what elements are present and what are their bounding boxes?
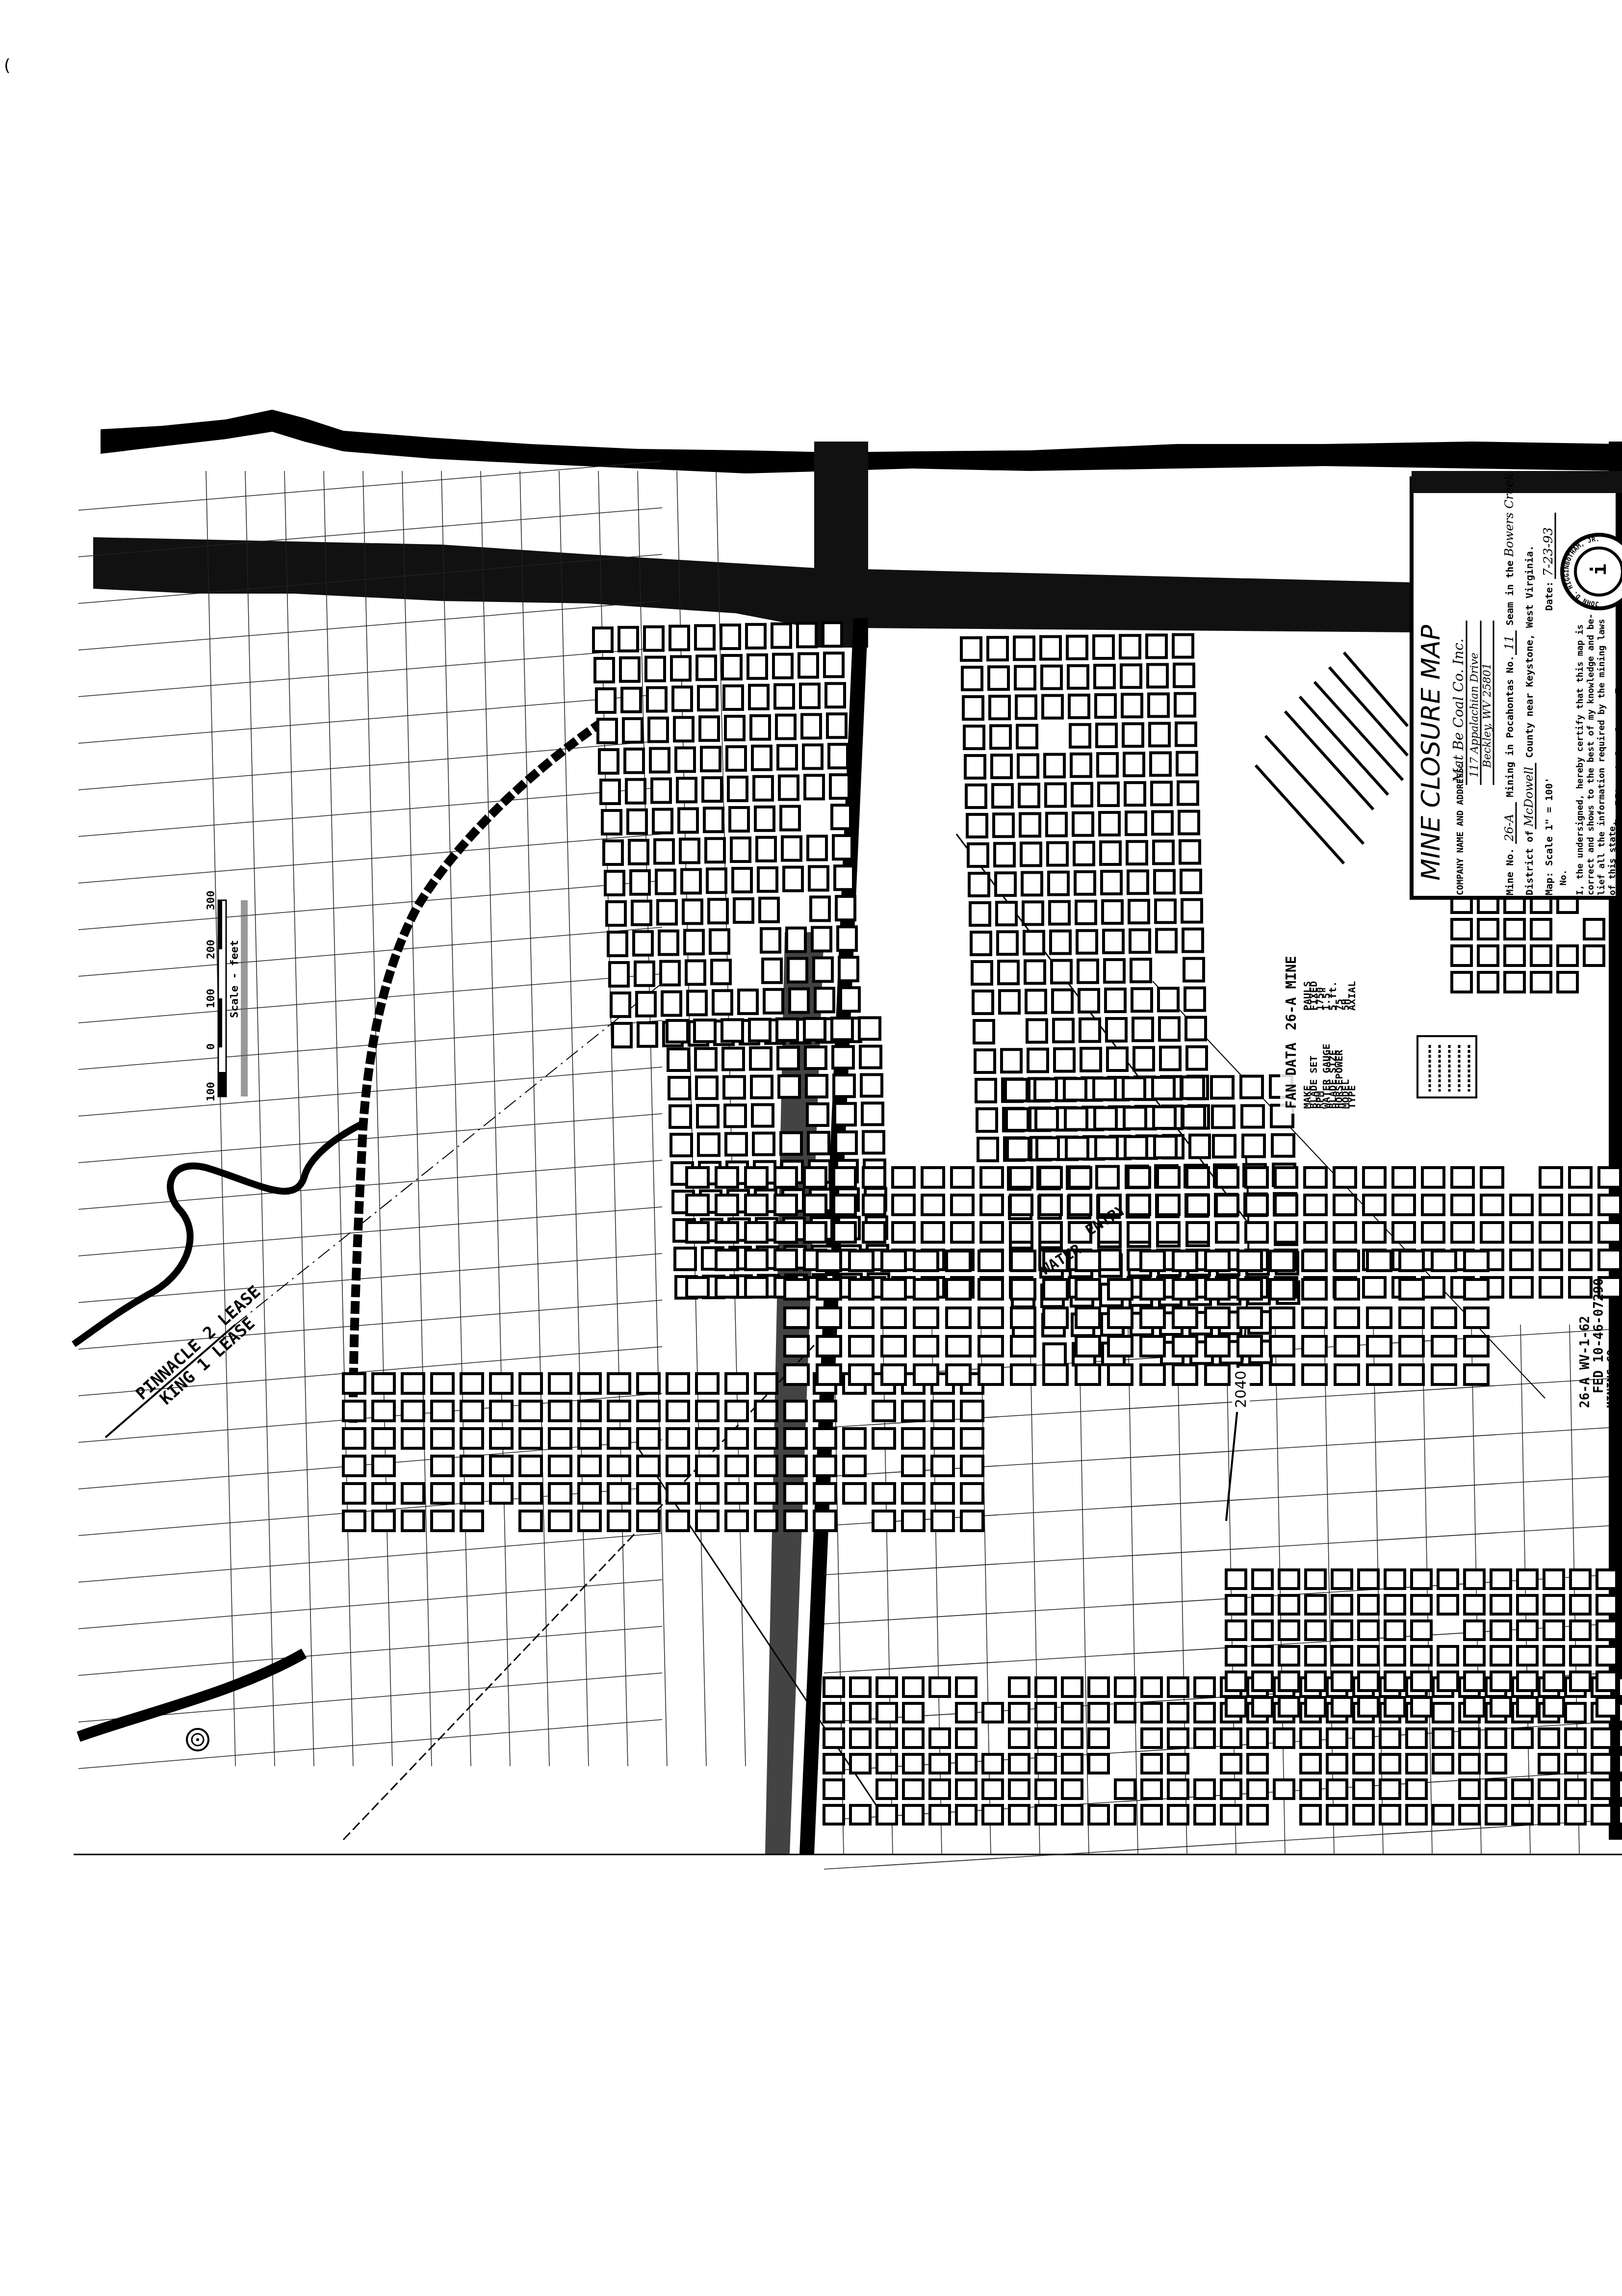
coal-pillar: [873, 1401, 895, 1421]
coal-pillar: [1531, 946, 1551, 965]
coal-pillar: [844, 1429, 865, 1448]
coal-pillar: [1062, 1729, 1082, 1748]
coal-pillar: [914, 1279, 938, 1299]
permit-line-2: FED 10-46-07290: [1592, 1278, 1606, 1393]
coal-pillar: [760, 898, 778, 922]
coal-pillar: [343, 1401, 365, 1421]
coal-pillar: [1335, 1279, 1359, 1299]
coal-pillar: [596, 689, 615, 712]
coal-pillar: [903, 1703, 923, 1722]
coal-pillar: [790, 989, 808, 1013]
coal-pillar: [653, 809, 672, 833]
coal-pillar: [979, 1279, 1003, 1299]
coal-pillar: [1539, 1805, 1559, 1824]
coal-pillar: [579, 1456, 600, 1476]
coal-pillar: [674, 717, 693, 741]
coal-pillar: [1599, 1223, 1621, 1242]
coal-pillar: [343, 1429, 365, 1448]
coal-pillar: [1108, 1336, 1132, 1356]
coal-pillar: [638, 1429, 659, 1448]
coal-pillar: [1478, 972, 1498, 992]
coal-pillar: [978, 1138, 998, 1161]
coal-pillar: [882, 1336, 905, 1356]
coal-pillar: [1127, 841, 1147, 864]
coal-pillar: [1531, 972, 1551, 992]
permit-line-3: MINING CO.: [1605, 1343, 1618, 1408]
coal-pillar: [798, 623, 816, 647]
coal-pillar: [1359, 1595, 1378, 1614]
coal-pillar: [882, 1365, 905, 1384]
coal-pillar: [824, 1703, 844, 1722]
coal-pillar: [1044, 1344, 1065, 1365]
coal-pillar: [1094, 636, 1113, 658]
coal-pillar: [823, 623, 842, 646]
coal-pillar: [850, 1729, 870, 1748]
coal-pillar: [1076, 1365, 1100, 1384]
coal-pillar: [602, 810, 621, 834]
coal-pillar: [1000, 991, 1019, 1013]
coal-pillar: [804, 1168, 826, 1187]
coal-pillar: [723, 1048, 744, 1070]
coal-pillar: [652, 779, 670, 803]
coal-pillar: [1216, 1168, 1238, 1187]
coal-pillar: [1128, 1168, 1150, 1187]
coal-pillar: [1511, 1250, 1532, 1270]
coal-pillar: [1216, 1223, 1238, 1242]
coal-pillar: [1011, 1251, 1035, 1271]
coal-pillar: [1124, 753, 1144, 776]
coal-pillar: [650, 749, 669, 772]
coal-pillar: [622, 688, 641, 712]
coal-pillar: [1400, 1279, 1423, 1299]
coal-pillar: [902, 1484, 924, 1503]
coal-pillar: [549, 1511, 571, 1531]
coal-pillar: [1021, 843, 1041, 865]
coal-pillar: [1158, 1223, 1179, 1242]
coal-pillar: [1407, 1729, 1426, 1748]
seam-area: Bowers Creek: [1502, 473, 1516, 557]
coal-pillar: [1221, 1729, 1241, 1748]
coal-pillar: [703, 778, 721, 801]
coal-pillar: [637, 992, 655, 1016]
coal-pillar: [749, 685, 768, 709]
coal-pillar: [1024, 931, 1044, 954]
coal-pillar: [1327, 1780, 1347, 1799]
scale-tick-label: 100: [205, 1082, 217, 1101]
coal-pillar: [902, 1456, 924, 1476]
coal-pillar: [520, 1511, 541, 1531]
coal-pillar: [667, 1374, 689, 1393]
coal-pillar: [520, 1484, 541, 1503]
coal-pillar: [781, 807, 799, 830]
coal-pillar: [1025, 961, 1045, 983]
coal-pillar: [1173, 1308, 1197, 1328]
coal-pillar: [727, 747, 746, 770]
coal-pillar: [1279, 1672, 1299, 1691]
coal-pillar: [1592, 1754, 1612, 1773]
coal-pillar: [726, 1511, 747, 1531]
coal-pillar: [1332, 1570, 1352, 1589]
coal-pillar: [1195, 1780, 1214, 1799]
coal-pillar: [748, 655, 767, 678]
coal-pillar: [994, 814, 1013, 836]
coal-pillar: [830, 775, 849, 798]
coal-pillar: [873, 1429, 895, 1448]
coal-pillar: [343, 1456, 365, 1476]
coal-pillar: [676, 748, 695, 771]
coal-pillar: [902, 1401, 924, 1421]
coal-pillar: [667, 1020, 688, 1042]
coal-pillar: [834, 1168, 855, 1187]
coal-pillar: [1385, 1672, 1405, 1691]
coal-pillar: [1335, 1251, 1359, 1271]
coal-pillar: [1009, 1729, 1029, 1748]
coal-pillar: [1089, 1805, 1108, 1824]
coal-pillar: [605, 871, 624, 895]
coal-pillar: [549, 1401, 571, 1421]
coal-pillar: [1246, 1223, 1267, 1242]
coal-pillar: [1491, 1570, 1511, 1589]
coal-pillar: [1393, 1168, 1415, 1187]
coal-pillar: [873, 1511, 895, 1531]
coal-pillar: [1544, 1570, 1564, 1589]
coal-pillar: [1066, 1137, 1088, 1159]
coal-pillar: [1125, 1137, 1147, 1158]
certification-line-1: I, the undersigned, hereby certify that …: [1575, 624, 1585, 895]
coal-pillar: [1465, 1251, 1488, 1271]
coal-pillar: [698, 1134, 719, 1155]
coal-pillar: [731, 838, 750, 861]
coal-pillar: [839, 957, 858, 981]
coal-pillar: [343, 1511, 365, 1531]
coal-pillar: [850, 1703, 870, 1722]
coal-pillar: [1044, 1308, 1067, 1328]
coal-pillar: [733, 868, 751, 892]
coal-pillar: [1107, 1048, 1127, 1070]
coal-pillar: [1518, 1570, 1537, 1589]
coal-pillar: [961, 1484, 983, 1503]
coal-pillar: [1055, 1049, 1074, 1071]
coal-pillar: [1597, 1672, 1617, 1691]
coal-pillar: [1089, 1729, 1108, 1748]
coal-pillar: [952, 1195, 973, 1215]
coal-pillar: [782, 837, 801, 861]
coal-pillar: [724, 1076, 745, 1098]
mine-closure-map: (: [0, 0, 1622, 2296]
coal-pillar: [1599, 1195, 1621, 1215]
coal-pillar: [1544, 1646, 1564, 1665]
coal-pillar: [961, 1401, 983, 1421]
coal-pillar: [1432, 1365, 1456, 1384]
coal-pillar: [1385, 1621, 1405, 1640]
coal-pillar: [728, 777, 747, 801]
coal-pillar: [1438, 1646, 1458, 1665]
coal-pillar: [1327, 1729, 1347, 1748]
coal-pillar: [749, 1019, 770, 1041]
fan-data-label: TYPE: [1346, 1085, 1358, 1109]
coal-pillar: [656, 870, 675, 894]
coal-pillar: [1452, 919, 1471, 939]
coal-pillar: [956, 1729, 976, 1748]
coal-pillar: [579, 1511, 600, 1531]
coal-pillar: [1248, 1805, 1267, 1824]
coal-pillar: [722, 1019, 743, 1041]
coal-pillar: [1305, 1195, 1326, 1215]
coal-pillar: [806, 1075, 827, 1097]
coal-pillar: [625, 749, 644, 773]
coal-pillar: [1481, 1168, 1503, 1187]
coal-pillar: [490, 1429, 512, 1448]
coal-pillar: [1570, 1278, 1591, 1297]
coal-pillar: [1432, 1336, 1456, 1356]
coal-pillar: [1042, 666, 1061, 689]
coal-pillar: [1141, 1279, 1164, 1299]
coal-pillar: [679, 809, 697, 832]
coal-pillar: [1491, 1672, 1511, 1691]
coal-pillar: [1243, 1135, 1264, 1157]
coal-pillar: [701, 747, 720, 771]
scale-tick-label: 0: [205, 1044, 217, 1050]
coal-pillar: [882, 1251, 905, 1271]
coal-pillar: [1195, 1729, 1214, 1748]
coal-pillar: [1359, 1672, 1378, 1691]
coal-pillar: [989, 667, 1008, 689]
coal-pillar: [1097, 1167, 1118, 1188]
coal-pillar: [1274, 1729, 1294, 1748]
coal-pillar: [1076, 1308, 1100, 1328]
coal-pillar: [1226, 1570, 1246, 1589]
coal-pillar: [817, 1365, 841, 1384]
coal-pillar: [696, 1401, 718, 1421]
coal-pillar: [1099, 783, 1118, 806]
coal-pillar: [1566, 1805, 1585, 1824]
coal-pillar: [977, 1109, 997, 1131]
coal-pillar: [1121, 665, 1141, 687]
coal-pillar: [655, 840, 673, 863]
coal-pillar: [850, 1754, 870, 1773]
coal-pillar: [1182, 900, 1202, 922]
coal-pillar: [1181, 870, 1201, 893]
coal-pillar: [1364, 1278, 1385, 1297]
coal-pillar: [746, 1223, 767, 1242]
coal-pillar: [1597, 1595, 1617, 1614]
coal-pillar: [716, 1278, 738, 1297]
coal-pillar: [930, 1678, 950, 1696]
coal-pillar: [1142, 1805, 1161, 1824]
coal-pillar: [608, 1401, 630, 1421]
coal-pillar: [999, 961, 1018, 984]
coal-pillar: [1212, 1106, 1234, 1127]
coal-pillar: [1154, 1107, 1175, 1128]
coal-pillar: [922, 1195, 944, 1215]
coal-pillar: [802, 714, 821, 738]
fold-strip-top: [814, 442, 868, 648]
coal-pillar: [1129, 900, 1149, 923]
coal-pillar: [646, 657, 665, 681]
coal-pillar: [1570, 1195, 1591, 1215]
coal-pillar: [1195, 1703, 1214, 1722]
coal-pillar: [1149, 694, 1168, 716]
coal-pillar: [817, 1279, 841, 1299]
coal-pillar: [1511, 1223, 1532, 1242]
coal-pillar: [824, 1805, 844, 1824]
coal-pillar: [981, 1168, 1003, 1187]
coal-pillar: [1270, 1308, 1294, 1328]
coal-pillar: [695, 626, 714, 649]
coal-pillar: [787, 928, 805, 952]
coal-pillar: [844, 1456, 865, 1476]
coal-pillar: [1393, 1223, 1415, 1242]
coal-pillar: [1173, 1279, 1197, 1299]
coal-pillar: [761, 929, 780, 952]
scale-tick-label: 300: [205, 890, 217, 910]
coal-pillar: [1511, 1278, 1532, 1297]
coal-pillar: [922, 1223, 944, 1242]
coal-pillar: [1433, 1754, 1453, 1773]
map-label: Map:: [1543, 872, 1555, 895]
coal-pillar: [1054, 1019, 1073, 1042]
coal-pillar: [1010, 1168, 1032, 1187]
coal-pillar: [963, 697, 983, 719]
coal-pillar: [1052, 961, 1071, 983]
scale-text: Scale 1" = 100': [1543, 777, 1555, 866]
fan-data-heading: FAN DATA: [1283, 1043, 1299, 1109]
coal-pillar: [1327, 1805, 1347, 1824]
coal-pillar: [734, 899, 753, 922]
coal-pillar: [778, 746, 797, 769]
coal-pillar: [799, 653, 818, 677]
coal-pillar: [862, 1103, 883, 1124]
coal-pillar: [1270, 1251, 1294, 1271]
coal-pillar: [932, 1511, 953, 1531]
coal-pillar: [850, 1251, 873, 1271]
coal-pillar: [1253, 1646, 1272, 1665]
coal-pillar: [695, 1020, 715, 1042]
coal-pillar: [1211, 1076, 1233, 1098]
coal-pillar: [747, 625, 765, 648]
coal-pillar: [671, 1134, 692, 1156]
coal-pillar: [997, 902, 1016, 925]
coal-pillar: [1023, 902, 1043, 924]
coal-pillar: [814, 958, 832, 981]
coal-pillar: [1079, 990, 1099, 1012]
coal-pillar: [914, 1365, 938, 1384]
coal-pillar: [667, 1484, 689, 1503]
coal-pillar: [877, 1780, 897, 1799]
coal-pillar: [755, 1456, 777, 1476]
coal-pillar: [343, 1484, 365, 1503]
coal-pillar: [788, 959, 807, 982]
coal-pillar: [824, 1729, 844, 1748]
coal-pillar: [716, 1223, 738, 1242]
coal-pillar: [1619, 1780, 1622, 1799]
coal-pillar: [1150, 723, 1169, 746]
coal-pillar: [1465, 1308, 1488, 1328]
coal-pillar: [1067, 636, 1087, 659]
coal-pillar: [1303, 1365, 1326, 1384]
coal-pillar: [863, 1168, 885, 1187]
coal-pillar: [1106, 989, 1125, 1012]
coal-pillar: [1270, 1336, 1294, 1356]
coal-pillar: [827, 714, 846, 737]
coal-pillar: [785, 1308, 808, 1328]
coal-pillar: [1168, 1754, 1188, 1773]
coal-pillar: [1354, 1754, 1373, 1773]
coal-pillar: [877, 1678, 897, 1696]
coal-pillar: [662, 992, 681, 1016]
coal-pillar: [1019, 784, 1039, 807]
coal-pillar: [1478, 919, 1498, 939]
coal-pillar: [1011, 1336, 1035, 1356]
coal-pillar: [1452, 972, 1471, 992]
coal-pillar: [638, 1484, 659, 1503]
coal-pillar: [1279, 1595, 1299, 1614]
coal-pillar: [914, 1308, 938, 1328]
date: 7-23-93: [1541, 527, 1556, 576]
coal-pillar: [1048, 843, 1067, 865]
coal-pillar: [696, 1374, 718, 1393]
coal-pillar: [549, 1456, 571, 1476]
coal-pillar: [990, 696, 1009, 719]
coal-pillar: [1011, 1279, 1035, 1299]
coal-pillar: [680, 839, 699, 862]
coal-pillar: [785, 1429, 806, 1448]
coal-pillar: [1213, 1135, 1235, 1157]
scale-bar-segment: [218, 900, 222, 949]
coal-pillar: [1566, 1754, 1585, 1773]
coal-pillar: [1452, 1195, 1473, 1215]
coal-pillar: [1160, 1047, 1180, 1070]
coal-pillar: [1089, 1703, 1108, 1722]
coal-pillar: [725, 1105, 746, 1126]
coal-pillar: [549, 1374, 571, 1393]
coal-pillar: [836, 1132, 856, 1153]
coal-pillar: [607, 902, 625, 925]
coal-pillar: [1036, 1754, 1056, 1773]
coal-pillar: [638, 1023, 657, 1046]
coal-pillar: [608, 1429, 630, 1448]
coal-pillar: [1018, 755, 1038, 777]
coal-pillar: [1089, 1678, 1108, 1696]
coal-pillar: [983, 1754, 1003, 1773]
coal-pillar: [1460, 1780, 1479, 1799]
coal-pillar: [1422, 1195, 1444, 1215]
coal-pillar: [903, 1805, 923, 1824]
coal-pillar: [593, 628, 612, 652]
coal-pillar: [461, 1484, 483, 1503]
coal-pillar: [956, 1780, 976, 1799]
coal-pillar: [1432, 1308, 1456, 1328]
coal-pillar: [1248, 1780, 1267, 1799]
coal-pillar: [1465, 1595, 1484, 1614]
coal-pillar: [1115, 1678, 1135, 1696]
coal-pillar: [1155, 1136, 1176, 1158]
coal-pillar: [1279, 1697, 1299, 1716]
coal-pillar: [834, 1195, 855, 1215]
coal-pillar: [1037, 1138, 1058, 1159]
coal-pillar: [952, 1168, 973, 1187]
coal-pillar: [947, 1251, 970, 1271]
coal-pillar: [432, 1456, 453, 1476]
coal-pillar: [667, 1511, 689, 1531]
title-block-top-shade: [1412, 471, 1622, 493]
coal-pillar: [716, 1168, 738, 1187]
coal-pillar: [687, 1278, 708, 1297]
date-label: Date:: [1543, 581, 1555, 611]
coal-pillar: [1183, 1106, 1205, 1128]
coal-pillar: [1407, 1780, 1426, 1799]
coal-pillar: [956, 1754, 976, 1773]
